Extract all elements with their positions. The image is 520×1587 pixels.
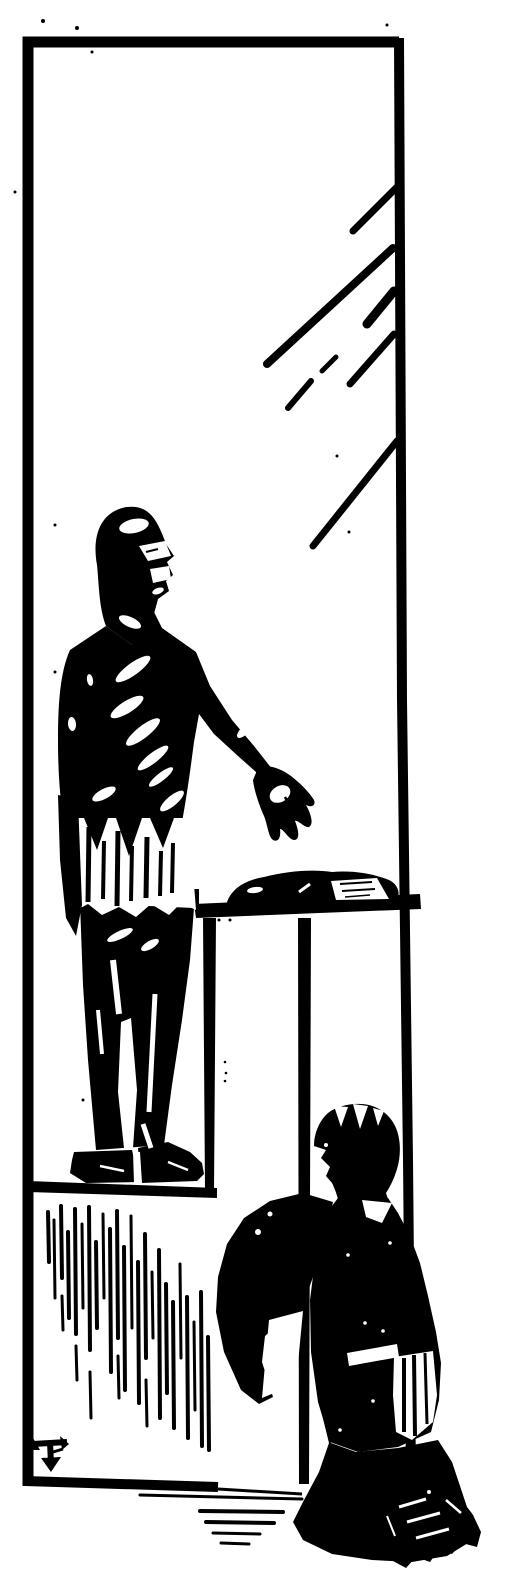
ink-speck xyxy=(224,1080,227,1083)
hatch-stroke xyxy=(110,1229,111,1372)
apron-streak xyxy=(172,843,173,893)
apron-streak xyxy=(117,831,118,906)
standing-figure-legs xyxy=(80,903,194,1150)
shadow-stroke xyxy=(213,1533,260,1534)
frame-bottom-thin xyxy=(218,1489,302,1494)
step-hatching xyxy=(48,1206,209,1450)
hatch-stroke xyxy=(96,1242,97,1328)
ink-speck xyxy=(54,524,57,527)
ink-speck xyxy=(224,1061,227,1064)
light-ray xyxy=(322,357,336,371)
apron-streak xyxy=(146,837,147,898)
hatch-stroke xyxy=(54,1220,55,1298)
apron-streak xyxy=(160,851,161,896)
torso-speck xyxy=(363,1321,367,1325)
hatch-stroke xyxy=(166,1284,167,1393)
hatch-stroke xyxy=(68,1232,69,1318)
hatch-stroke xyxy=(117,1211,118,1338)
hanging-sash xyxy=(58,795,82,936)
face-mouth-highlight xyxy=(150,566,171,583)
waist-cloth-stripe xyxy=(414,1355,415,1436)
ink-speck xyxy=(348,531,351,534)
eye-highlight xyxy=(324,1143,328,1147)
light-ray xyxy=(288,381,311,408)
hatch-stroke xyxy=(173,1302,174,1428)
waist-cloth-stripe xyxy=(425,1353,427,1424)
apron-streak xyxy=(103,841,104,899)
shadow-stroke xyxy=(221,1543,249,1544)
ink-speck xyxy=(14,191,17,194)
ink-speck xyxy=(54,671,57,674)
hand-highlight xyxy=(255,1229,261,1235)
hatch-stroke xyxy=(194,1322,195,1410)
kneeling-figure-head xyxy=(314,1104,400,1199)
hatch-stroke xyxy=(62,1296,63,1330)
hatch-stroke xyxy=(90,1372,91,1418)
hatch-stroke xyxy=(201,1292,202,1446)
hatch-stroke xyxy=(82,1224,83,1308)
ink-speck xyxy=(225,1072,228,1075)
hatch-stroke xyxy=(145,1234,146,1358)
torso-speck xyxy=(388,1241,392,1245)
hatch-stroke xyxy=(131,1216,132,1328)
light-ray xyxy=(267,248,393,364)
ink-speck xyxy=(229,919,232,922)
ink-speck xyxy=(218,919,221,922)
foot-speck xyxy=(427,1490,431,1494)
hatch-stroke xyxy=(76,1346,77,1380)
light-ray xyxy=(367,291,394,324)
light-ray xyxy=(353,185,399,231)
hatch-stroke xyxy=(89,1207,90,1350)
hatch-stroke xyxy=(75,1209,76,1334)
monogram-arrow xyxy=(41,1457,61,1472)
hatch-stroke xyxy=(138,1262,139,1403)
ink-speck xyxy=(91,51,94,54)
shadow-stroke xyxy=(206,1522,274,1523)
hatch-stroke xyxy=(103,1214,104,1298)
hatch-stroke xyxy=(159,1250,160,1418)
light-rays xyxy=(267,185,399,546)
platform-step xyxy=(28,1181,217,1450)
standing-figure-torso-arm xyxy=(58,612,276,822)
ink-speck xyxy=(75,26,79,30)
ink-speck xyxy=(82,1099,85,1102)
torso-speck xyxy=(338,1428,342,1432)
light-ray xyxy=(350,334,394,384)
hatch-stroke xyxy=(208,1337,209,1450)
hatch-stroke xyxy=(187,1297,188,1438)
platform-edge xyxy=(28,1181,217,1198)
torso-speck xyxy=(371,1399,375,1403)
illustration-canvas: Engraving: man kneeling in prayer before… xyxy=(0,0,520,1587)
light-ray xyxy=(313,441,397,546)
torso-speck xyxy=(346,1253,350,1257)
hatch-stroke xyxy=(146,1380,147,1426)
ink-speck xyxy=(41,19,45,23)
hand-highlight xyxy=(268,1212,273,1217)
ink-speck xyxy=(386,24,389,27)
torso-speck xyxy=(381,1329,385,1333)
apron-streak xyxy=(88,827,89,902)
monogram-wing-right xyxy=(60,1436,69,1450)
ground-shadow xyxy=(140,1371,302,1544)
hatch-stroke xyxy=(180,1264,181,1358)
hatch-stroke xyxy=(61,1206,62,1278)
hatch-stroke xyxy=(124,1247,125,1390)
hatch-stroke xyxy=(48,1212,49,1262)
shadow-stroke xyxy=(200,1511,283,1512)
frame-bottom xyxy=(25,1481,218,1487)
artist-monogram xyxy=(31,1436,69,1472)
table-leg-left xyxy=(203,918,216,1190)
standing-figure-hand xyxy=(253,766,315,840)
cross xyxy=(156,105,267,293)
hatch-stroke xyxy=(152,1272,153,1338)
shadow-stroke xyxy=(140,1495,302,1499)
engraving-illustration: Engraving: man kneeling in prayer before… xyxy=(0,0,520,1587)
standing-figure xyxy=(58,507,315,1183)
monogram-tick xyxy=(53,1449,63,1452)
apron-streak xyxy=(131,846,132,901)
ink-speck xyxy=(336,455,339,458)
hatch-stroke xyxy=(118,1356,119,1398)
